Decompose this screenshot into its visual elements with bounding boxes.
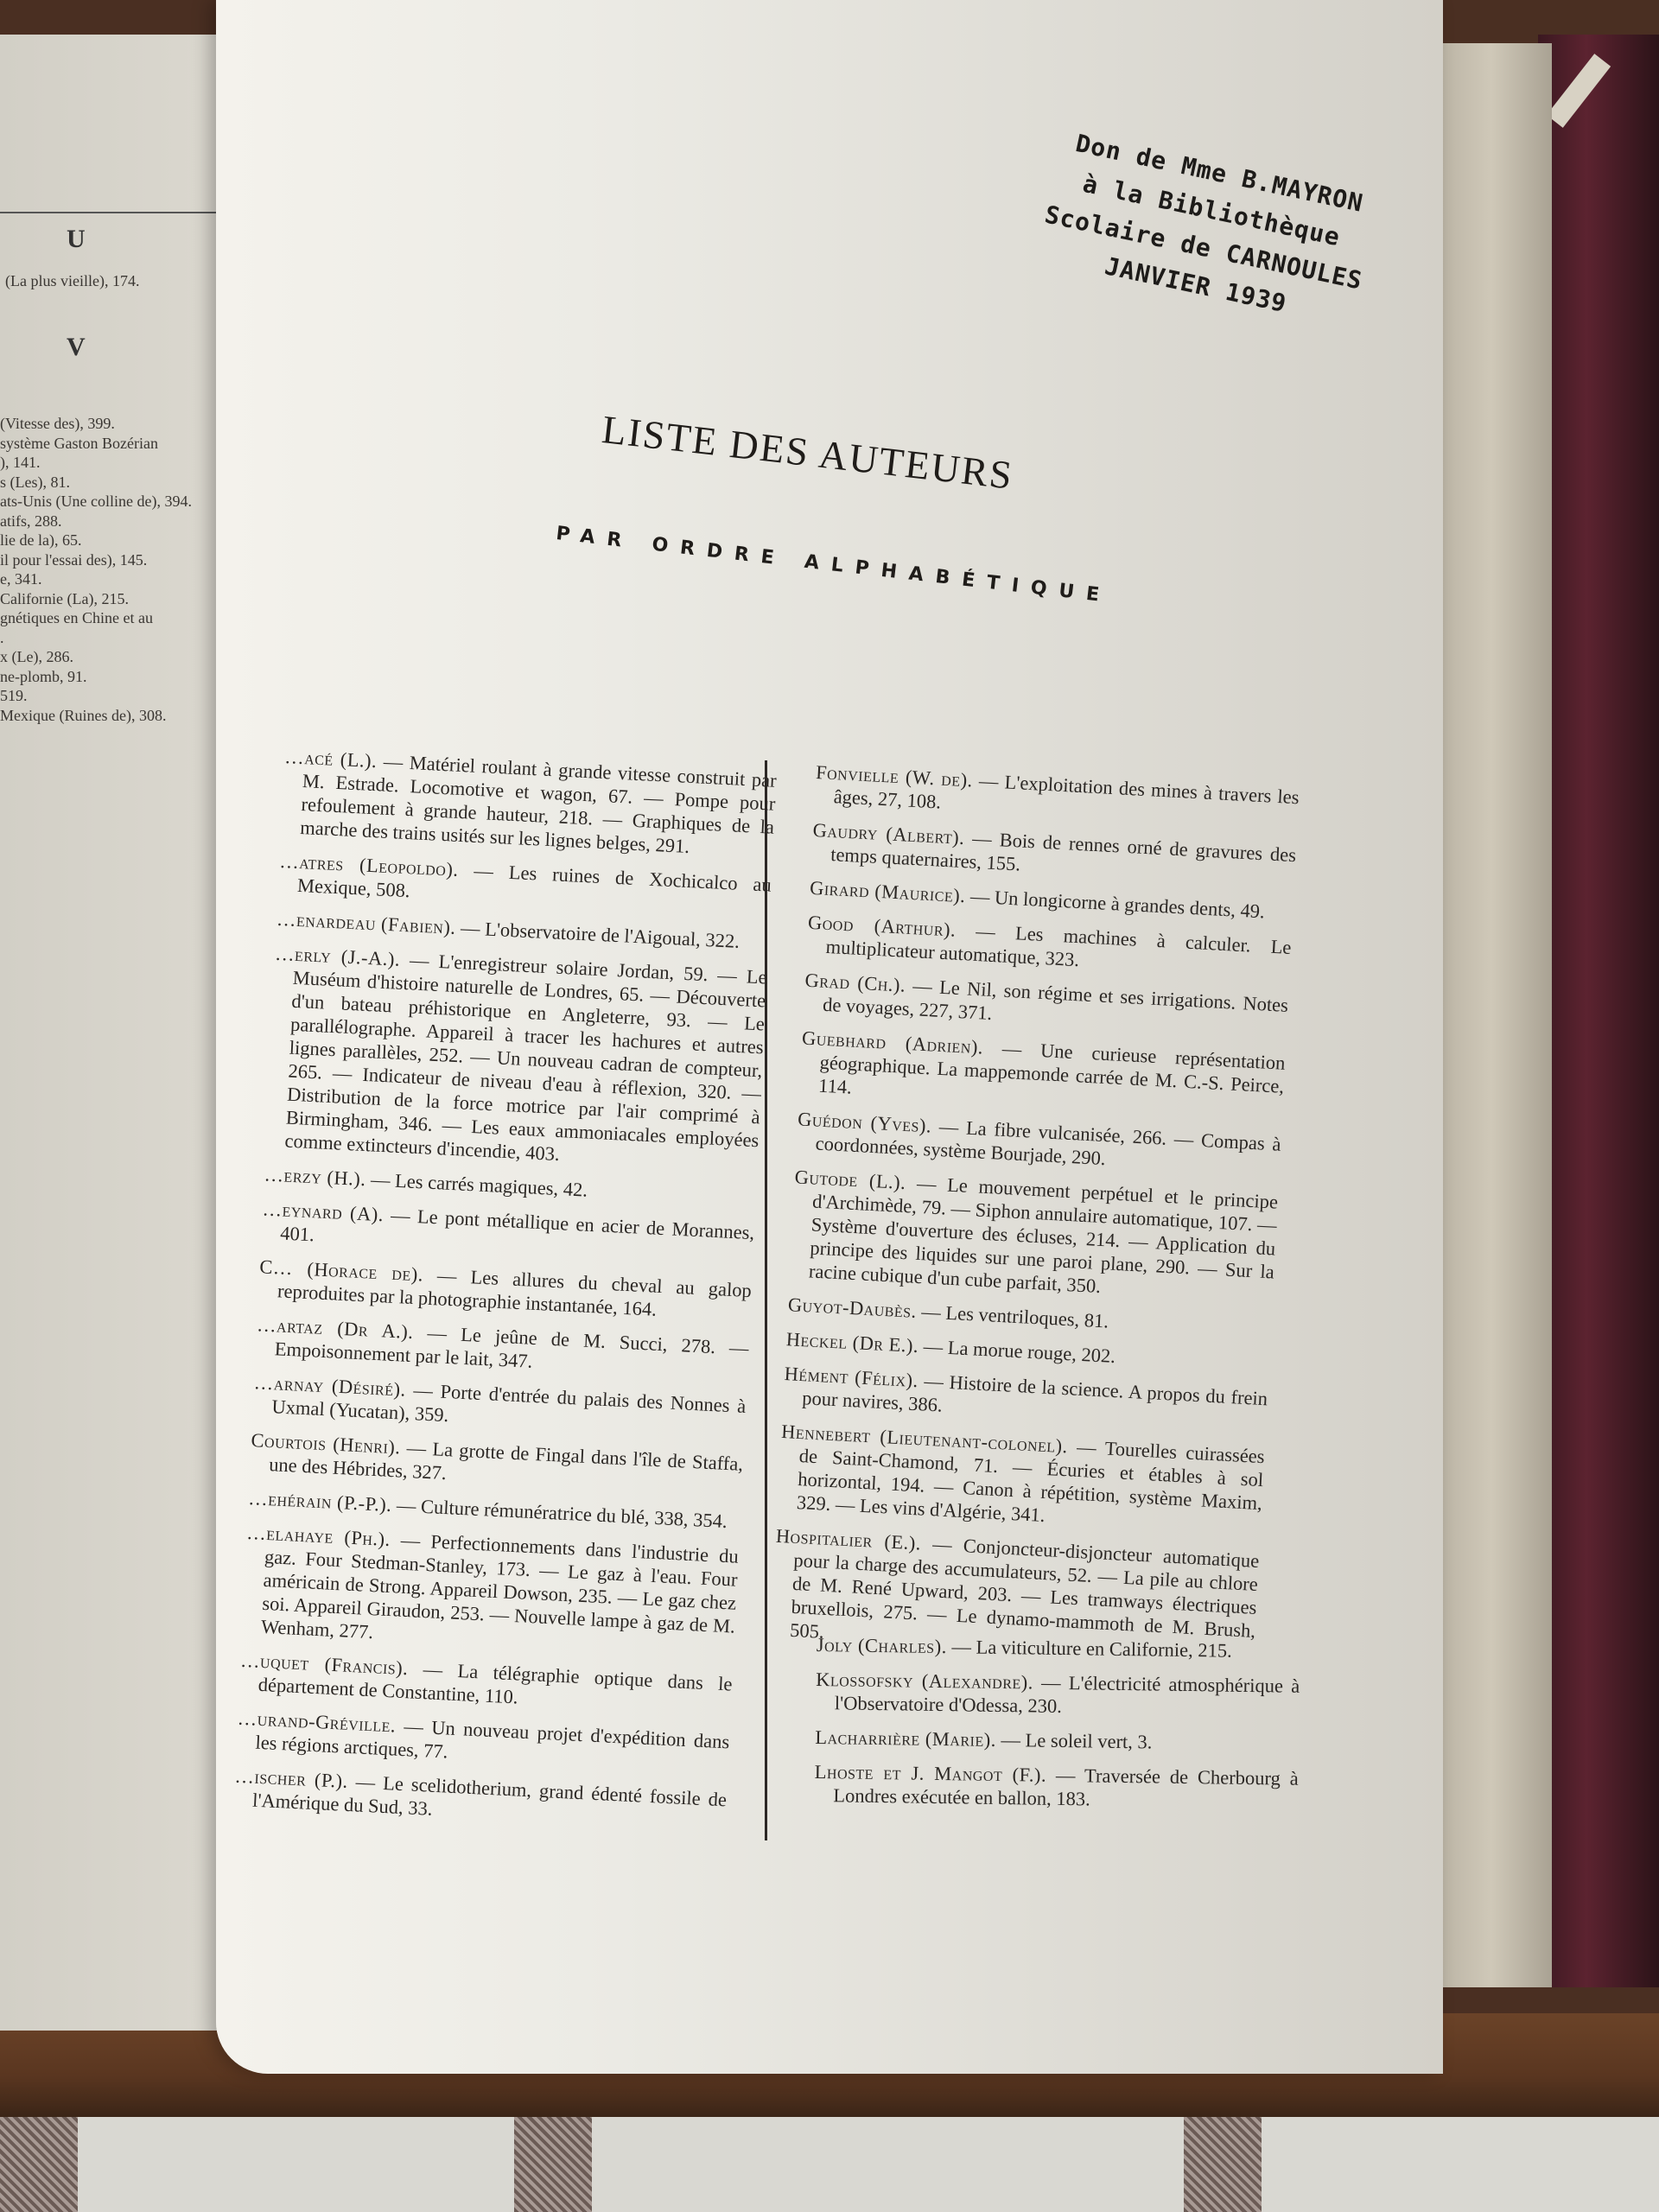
author-name: Gutode (L.). — [794, 1166, 906, 1193]
author-name: …ischer (P.). — [234, 1765, 348, 1792]
author-name: …enardeau (Fabien). — [276, 908, 457, 938]
author-name: Heckel (Dr E.). — [785, 1328, 919, 1357]
article-titles: — Le soleil vert, 3. — [996, 1729, 1153, 1753]
section-letter-v: V — [67, 333, 86, 362]
author-name: Lhoste et J. Mangot (F.). — [815, 1761, 1047, 1786]
index-line: il pour l'essai des), 145. — [0, 551, 147, 569]
index-line: Mexique (Ruines de), 308. — [0, 707, 166, 725]
index-line: (Vitesse des), 399. — [0, 415, 115, 433]
section-letter-u: U — [67, 225, 86, 254]
author-list-left-column: …acé (L.). — Matériel roulant à grande v… — [232, 745, 777, 1846]
author-list-right-column-lower: Joly (Charles). — La viticulture en Cali… — [814, 1633, 1300, 1825]
index-line: (La plus vieille), 174. — [5, 272, 139, 290]
author-name: …erzy (H.). — [264, 1163, 366, 1190]
author-entry: …elahaye (Ph.). — Perfectionnements dans… — [241, 1521, 739, 1662]
index-line: ats-Unis (Une colline de), 394. — [0, 493, 192, 511]
article-titles: — Un longicorne à grandes dents, 49. — [965, 885, 1266, 922]
author-entry: …erly (J.-A.). — L'enregistreur solaire … — [265, 942, 767, 1176]
article-titles: — Culture rémunératrice du blé, 338, 354… — [391, 1494, 728, 1532]
article-titles: — Les ventriloques, 81. — [916, 1300, 1109, 1332]
author-entry: C… (Horace de). — Les allures du cheval … — [257, 1255, 752, 1325]
index-line: lie de la), 65. — [0, 531, 81, 550]
index-line: gnétiques en Chine et au — [0, 609, 153, 627]
author-entry: …atres (Leopoldo). — Les ruines de Xochi… — [277, 849, 772, 920]
index-line: 519. — [0, 687, 28, 705]
author-entry: …uquet (Francis). — La télégraphie optiq… — [238, 1649, 733, 1719]
author-entry: Courtois (Henri). — La grotte de Fingal … — [250, 1428, 744, 1499]
article-titles: — L'observatoire de l'Aigoual, 322. — [455, 917, 740, 952]
index-line: . — [0, 629, 4, 647]
book-binding — [1538, 35, 1659, 1987]
header-rule — [0, 212, 233, 213]
author-name: Joly (Charles). — [817, 1634, 947, 1657]
article-titles: — La viticulture en Californie, 215. — [947, 1636, 1232, 1662]
index-line: ), 141. — [0, 454, 41, 472]
index-line: atifs, 288. — [0, 512, 62, 531]
author-name: …acé (L.). — [284, 746, 378, 772]
author-entry: …urand-Gréville. — Un nouveau projet d'e… — [236, 1707, 730, 1777]
author-name: …ehérain (P.-P.). — [248, 1487, 392, 1516]
author-name: Girard (Maurice). — [810, 877, 966, 906]
author-entry: Lhoste et J. Mangot (F.). — Traversée de… — [814, 1760, 1299, 1814]
author-name: Klossofsky (Alexandre). — [816, 1669, 1033, 1694]
index-line: Californie (La), 215. — [0, 590, 129, 608]
author-entry: …ischer (P.). — Le scelidotherium, grand… — [233, 1764, 728, 1835]
author-entry: Gutode (L.). — Le mouvement perpétuel et… — [789, 1165, 1278, 1306]
tiled-floor — [0, 2117, 1659, 2212]
article-titles: — L'enregistreur solaire Jordan, 59. — L… — [284, 949, 767, 1165]
page-stack-edge — [1426, 43, 1552, 1987]
index-line: ne-plomb, 91. — [0, 668, 87, 686]
index-line: e, 341. — [0, 570, 42, 588]
author-entry: …artaz (Dr A.). — Le jeûne de M. Succi, … — [255, 1313, 749, 1383]
author-entry: Klossofsky (Alexandre). — L'électricité … — [816, 1668, 1300, 1721]
author-entry: Hennebert (Lieutenant-colonel). — Tourel… — [777, 1420, 1265, 1538]
author-list-right-column: Fonvielle (W. de). — L'exploitation des … — [770, 760, 1300, 1677]
author-entry: Guebhard (Adrien). — Une curieuse représ… — [799, 1027, 1286, 1122]
author-name: Grad (Ch.). — [804, 969, 906, 996]
index-line: x (Le), 286. — [0, 648, 73, 666]
author-entry: …eynard (A). — Le pont métallique en aci… — [261, 1197, 755, 1268]
author-entry: Lacharrière (Marie). — Le soleil vert, 3… — [815, 1726, 1299, 1756]
author-name: Lacharrière (Marie). — [815, 1726, 996, 1751]
author-entry: …arnay (Désiré). — Porte d'entrée du pal… — [252, 1370, 747, 1441]
index-line: système Gaston Bozérian — [0, 435, 158, 453]
author-name: Guyot-Daubès. — [787, 1294, 917, 1322]
article-titles: — Les carrés magiques, 42. — [365, 1168, 588, 1201]
index-line: s (Les), 81. — [0, 474, 70, 492]
article-titles: — La morue rouge, 202. — [918, 1335, 1116, 1367]
